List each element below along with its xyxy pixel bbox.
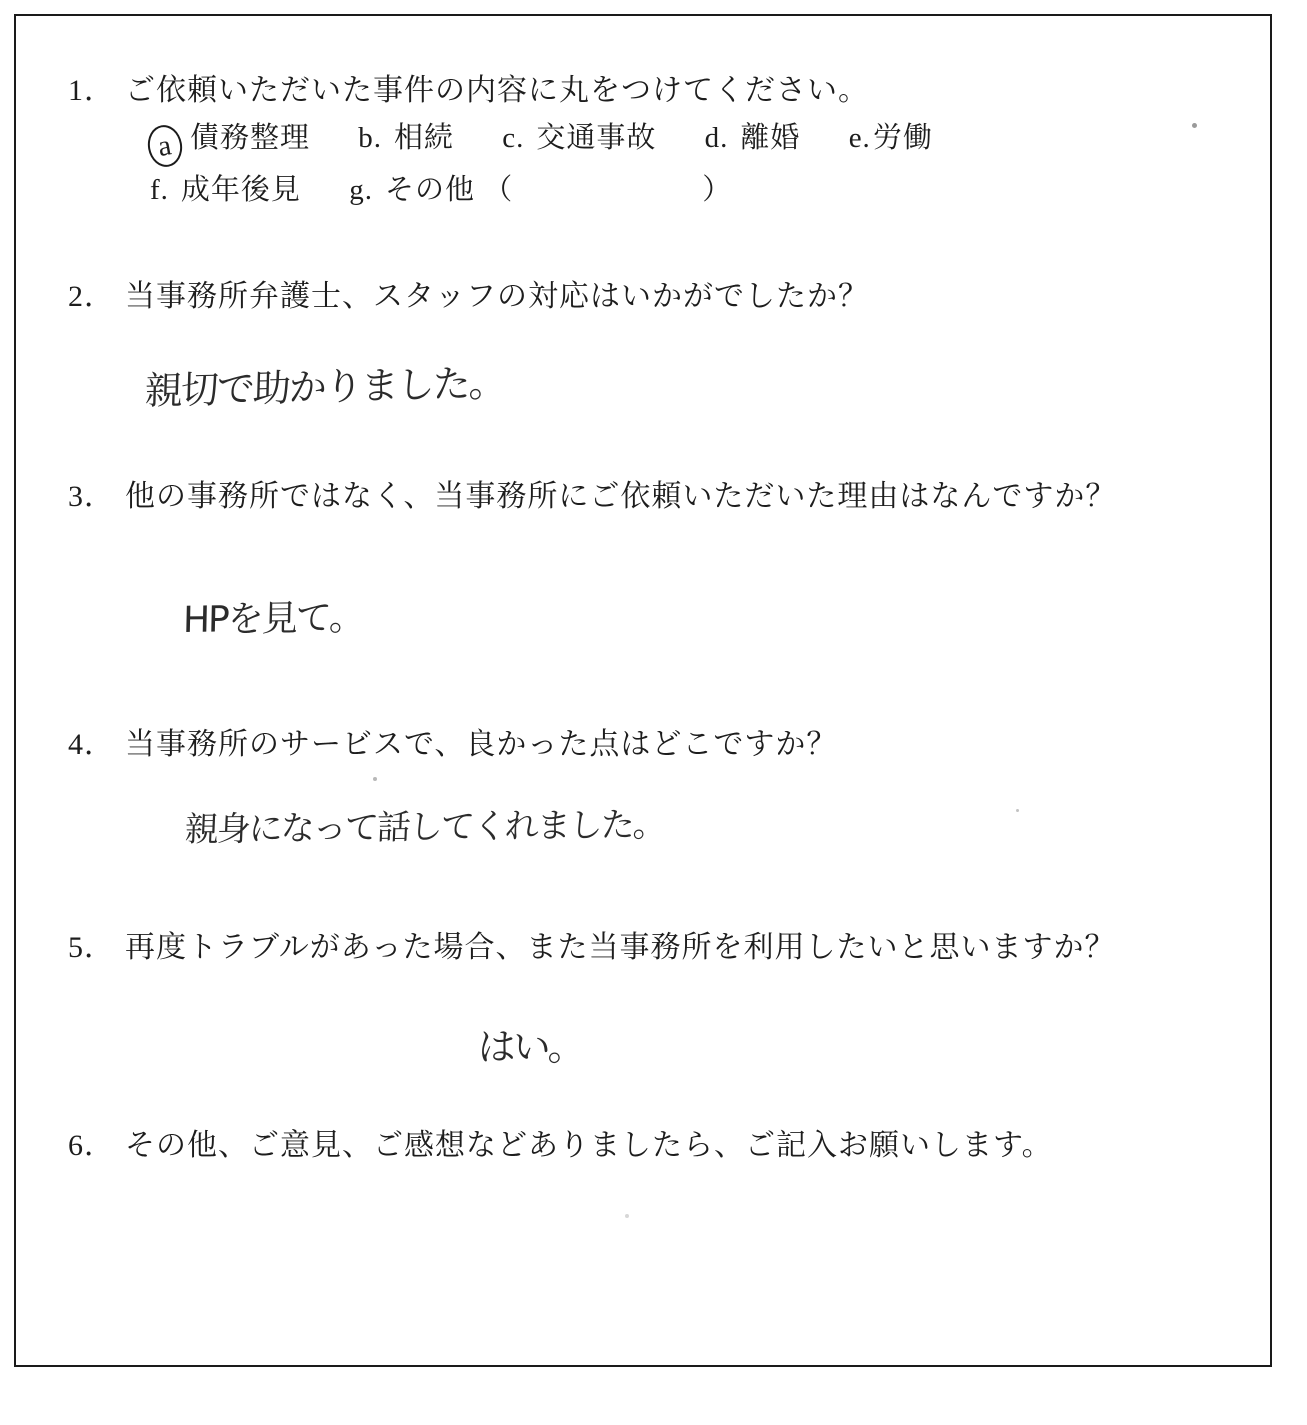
option-g-sonota: g.その他 （） (349, 174, 731, 206)
question-1-options-line-2: f.成年後見 g.その他 （） (150, 172, 731, 208)
option-d-rikon: d.離婚 (705, 122, 809, 154)
question-1-options-line-1: a債務整理 b.相続 c.交通事故 d.離婚 e.労働 (148, 120, 933, 167)
option-c-key: c. (502, 122, 524, 154)
option-e-key: e. (849, 122, 871, 154)
option-c-label: 交通事故 (536, 122, 656, 154)
question-5-number: 5． (68, 929, 115, 967)
option-b-key: b. (358, 122, 382, 154)
option-f-key: f. (150, 174, 169, 206)
handwritten-answer-2: 親切で助かりました。 (144, 352, 506, 415)
question-4-text: 当事務所のサービスで、良かった点はどこですか？ (125, 728, 837, 761)
scanned-survey-page: 1．ご依頼いただいた事件の内容に丸をつけてください。 a債務整理 b.相続 c.… (0, 0, 1307, 1425)
other-option-paren-close: ） (702, 174, 731, 206)
question-4-number: 4． (68, 726, 115, 764)
other-option-paren-open: （ (483, 174, 512, 206)
question-1-text: ご依頼いただいた事件の内容に丸をつけてください。 (125, 74, 869, 107)
scan-speck (373, 777, 377, 781)
handwritten-answer-4: 親身になって話してくれました。 (184, 797, 666, 851)
option-b-label: 相続 (394, 122, 454, 154)
scan-speck (1192, 123, 1197, 128)
handwritten-answer-5: はい。 (477, 1016, 584, 1071)
option-a-saimu-seiri: a債務整理 (148, 122, 318, 154)
scan-speck (1016, 809, 1019, 812)
circle-mark-option-a: a (145, 122, 186, 169)
option-f-label: 成年後見 (181, 174, 301, 206)
handwritten-answer-3: HPを見て。 (182, 589, 363, 643)
option-f-seinen-kouken: f.成年後見 (150, 174, 309, 206)
question-2: 2．当事務所弁護士、スタッフの対応はいかがでしたか？ (68, 278, 869, 316)
option-a-key: a (155, 129, 174, 163)
question-6: 6．その他、ご意見、ご感想などありましたら、ご記入お願いします。 (68, 1127, 1053, 1165)
question-6-text: その他、ご意見、ご感想などありましたら、ご記入お願いします。 (125, 1129, 1053, 1162)
option-b-souzoku: b.相続 (358, 122, 462, 154)
option-c-koutsu-jiko: c.交通事故 (502, 122, 664, 154)
option-g-label: その他 (385, 174, 475, 206)
option-d-key: d. (705, 122, 729, 154)
other-option-blank (512, 198, 702, 199)
option-e-roudou: e.労働 (849, 122, 933, 154)
question-5-text: 再度トラブルがあった場合、また当事務所を利用したいと思いますか？ (125, 931, 1116, 964)
option-a-label: 債務整理 (190, 122, 310, 154)
scan-speck (625, 1214, 629, 1218)
option-d-label: 離婚 (740, 122, 800, 154)
question-6-number: 6． (68, 1127, 115, 1165)
question-3-number: 3． (68, 478, 115, 516)
question-3: 3．他の事務所ではなく、当事務所にご依頼いただいた理由はなんですか？ (68, 478, 1116, 516)
question-5: 5．再度トラブルがあった場合、また当事務所を利用したいと思いますか？ (68, 929, 1116, 967)
question-2-text: 当事務所弁護士、スタッフの対応はいかがでしたか？ (125, 280, 869, 313)
question-4: 4．当事務所のサービスで、良かった点はどこですか？ (68, 726, 837, 764)
question-2-number: 2． (68, 278, 115, 316)
question-1: 1．ご依頼いただいた事件の内容に丸をつけてください。 (68, 72, 869, 110)
question-1-number: 1． (68, 72, 115, 110)
option-g-key: g. (349, 174, 373, 206)
question-3-text: 他の事務所ではなく、当事務所にご依頼いただいた理由はなんですか？ (125, 480, 1116, 513)
option-e-label: 労働 (873, 122, 933, 154)
